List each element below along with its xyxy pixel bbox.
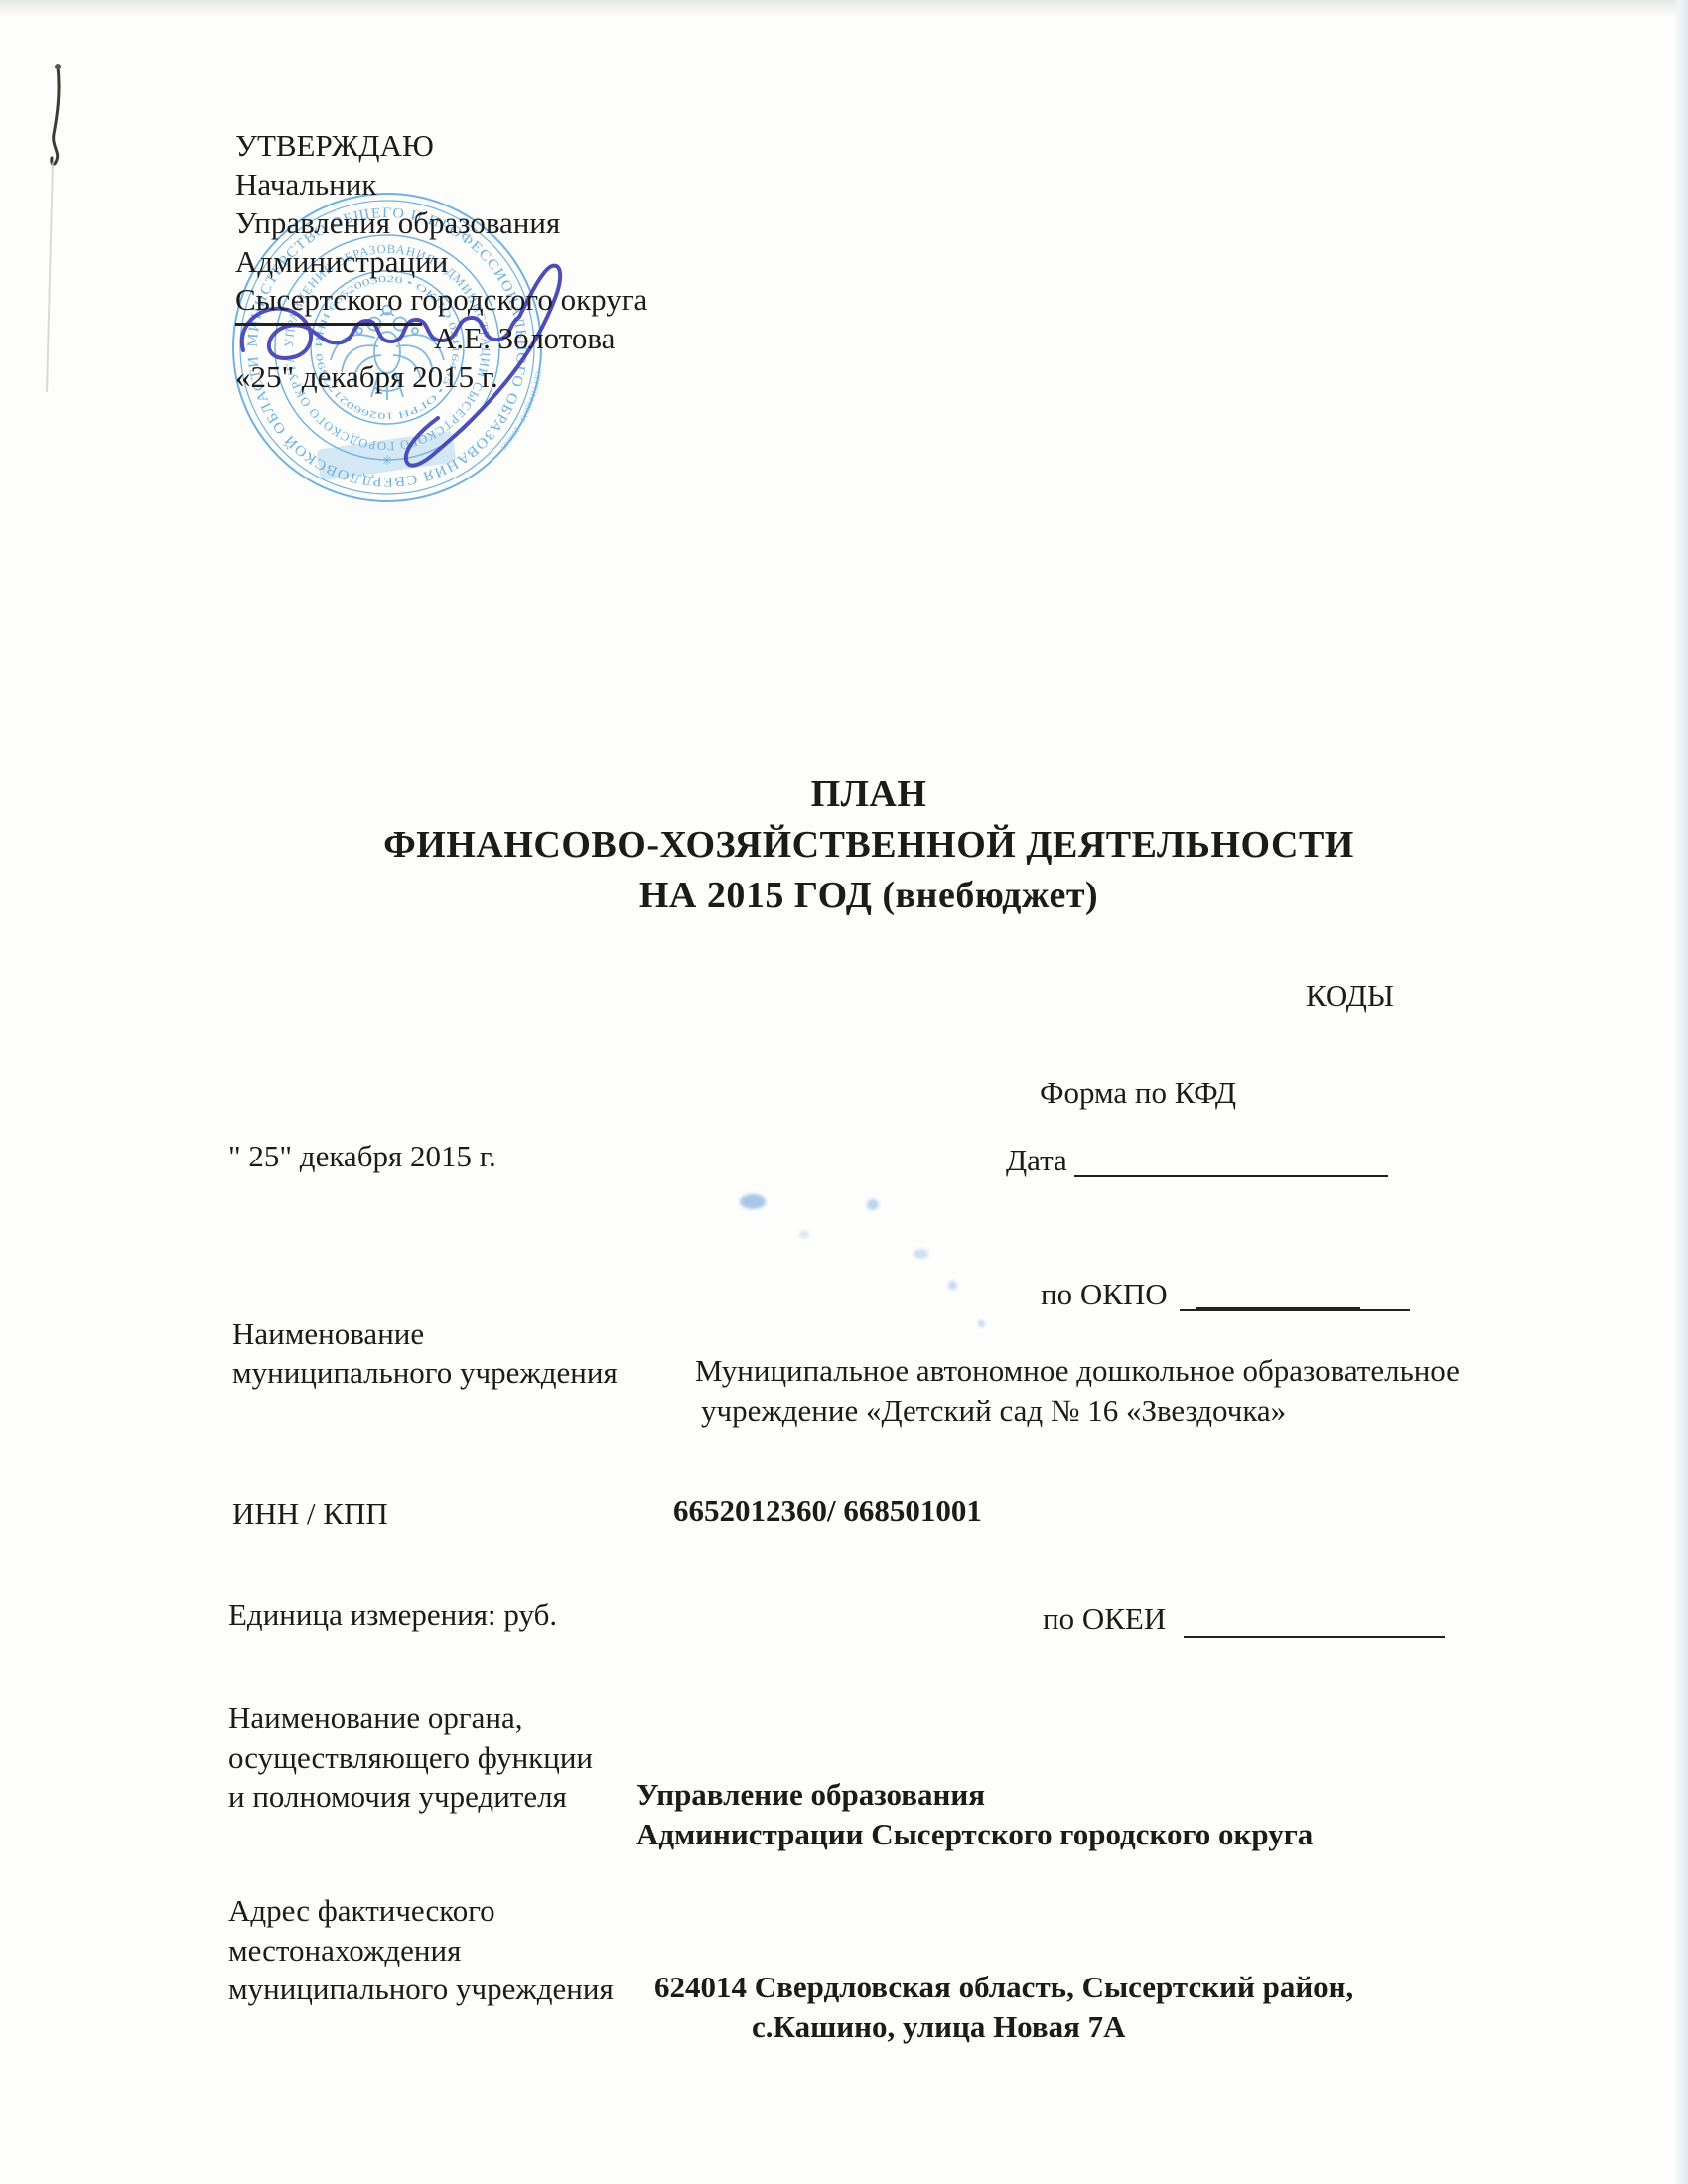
institution-value-line1: Муниципальное автономное дошкольное обра…	[695, 1352, 1460, 1390]
address-value-line2: с.Кашино, улица Новая 7А	[752, 2008, 1126, 2046]
document-title: ПЛАН ФИНАНСОВО-ХОЗЯЙСТВЕННОЙ ДЕЯТЕЛЬНОСТ…	[348, 772, 1390, 917]
codes-header: КОДЫ	[1306, 977, 1394, 1015]
approval-line-position: Начальник	[235, 166, 376, 204]
approval-line-department: Управления образования	[235, 205, 560, 242]
inn-kpp-label: ИНН / КПП	[232, 1495, 388, 1533]
scan-right-edge	[1673, 0, 1688, 2184]
scan-top-edge	[0, 0, 1688, 16]
institution-label-line1: Наименование	[232, 1315, 424, 1353]
inn-kpp-value: 6652012360/ 668501001	[673, 1492, 982, 1530]
founder-label-line3: и полномочия учредителя	[228, 1778, 567, 1816]
ink-smudge	[978, 1320, 985, 1327]
ink-smudge	[914, 1249, 928, 1259]
ink-smudge	[948, 1281, 957, 1290]
unit-label: Единица измерения: руб.	[228, 1596, 557, 1634]
staple-pin	[40, 55, 89, 412]
founder-value-line2: Администрации Сысертского городского окр…	[636, 1816, 1313, 1853]
okpo-blank-line-heavy	[1196, 1307, 1360, 1310]
approval-signatory-name: А.Е. Золотова	[434, 320, 615, 357]
founder-label-line1: Наименование органа,	[228, 1700, 522, 1737]
okei-blank-line	[1184, 1636, 1445, 1638]
ink-smudge	[799, 1231, 809, 1238]
title-line-1: ПЛАН	[348, 772, 1390, 816]
title-line-3: НА 2015 ГОД (внебюджет)	[348, 874, 1390, 917]
institution-label-line2: муниципального учреждения	[232, 1354, 618, 1392]
approval-line-district: Сысертского городского округа	[235, 281, 647, 319]
ink-smudge	[867, 1199, 879, 1210]
okpo-label: по ОКПО	[1041, 1276, 1168, 1313]
address-value-line1: 624014 Свердловская область, Сысертский …	[654, 1969, 1353, 2006]
okei-label: по ОКЕИ	[1043, 1600, 1166, 1638]
address-label-line2: местонахождения	[228, 1932, 461, 1970]
founder-label-line2: осуществляющего функции	[228, 1739, 593, 1777]
form-kfd-label: Форма по КФД	[1040, 1074, 1236, 1112]
approval-date: «25" декабря 2015 г.	[235, 358, 498, 396]
approval-line-administration: Администрации	[235, 243, 448, 281]
founder-value-line1: Управление образования	[636, 1776, 985, 1814]
ink-smudge	[740, 1194, 766, 1209]
title-line-2: ФИНАНСОВО-ХОЗЯЙСТВЕННОЙ ДЕЯТЕЛЬНОСТИ	[348, 823, 1390, 867]
date-blank-line	[1074, 1175, 1388, 1177]
approval-line-approve: УТВЕРЖДАЮ	[235, 127, 434, 165]
institution-value-line2: учреждение «Детский сад № 16 «Звездочка»	[701, 1392, 1286, 1430]
date-label: Дата	[1006, 1142, 1067, 1179]
signature-blank-line	[235, 323, 422, 326]
address-label-line3: муниципального учреждения	[228, 1971, 614, 2008]
doc-date: " 25" декабря 2015 г.	[228, 1138, 496, 1175]
address-label-line1: Адрес фактического	[228, 1892, 495, 1930]
